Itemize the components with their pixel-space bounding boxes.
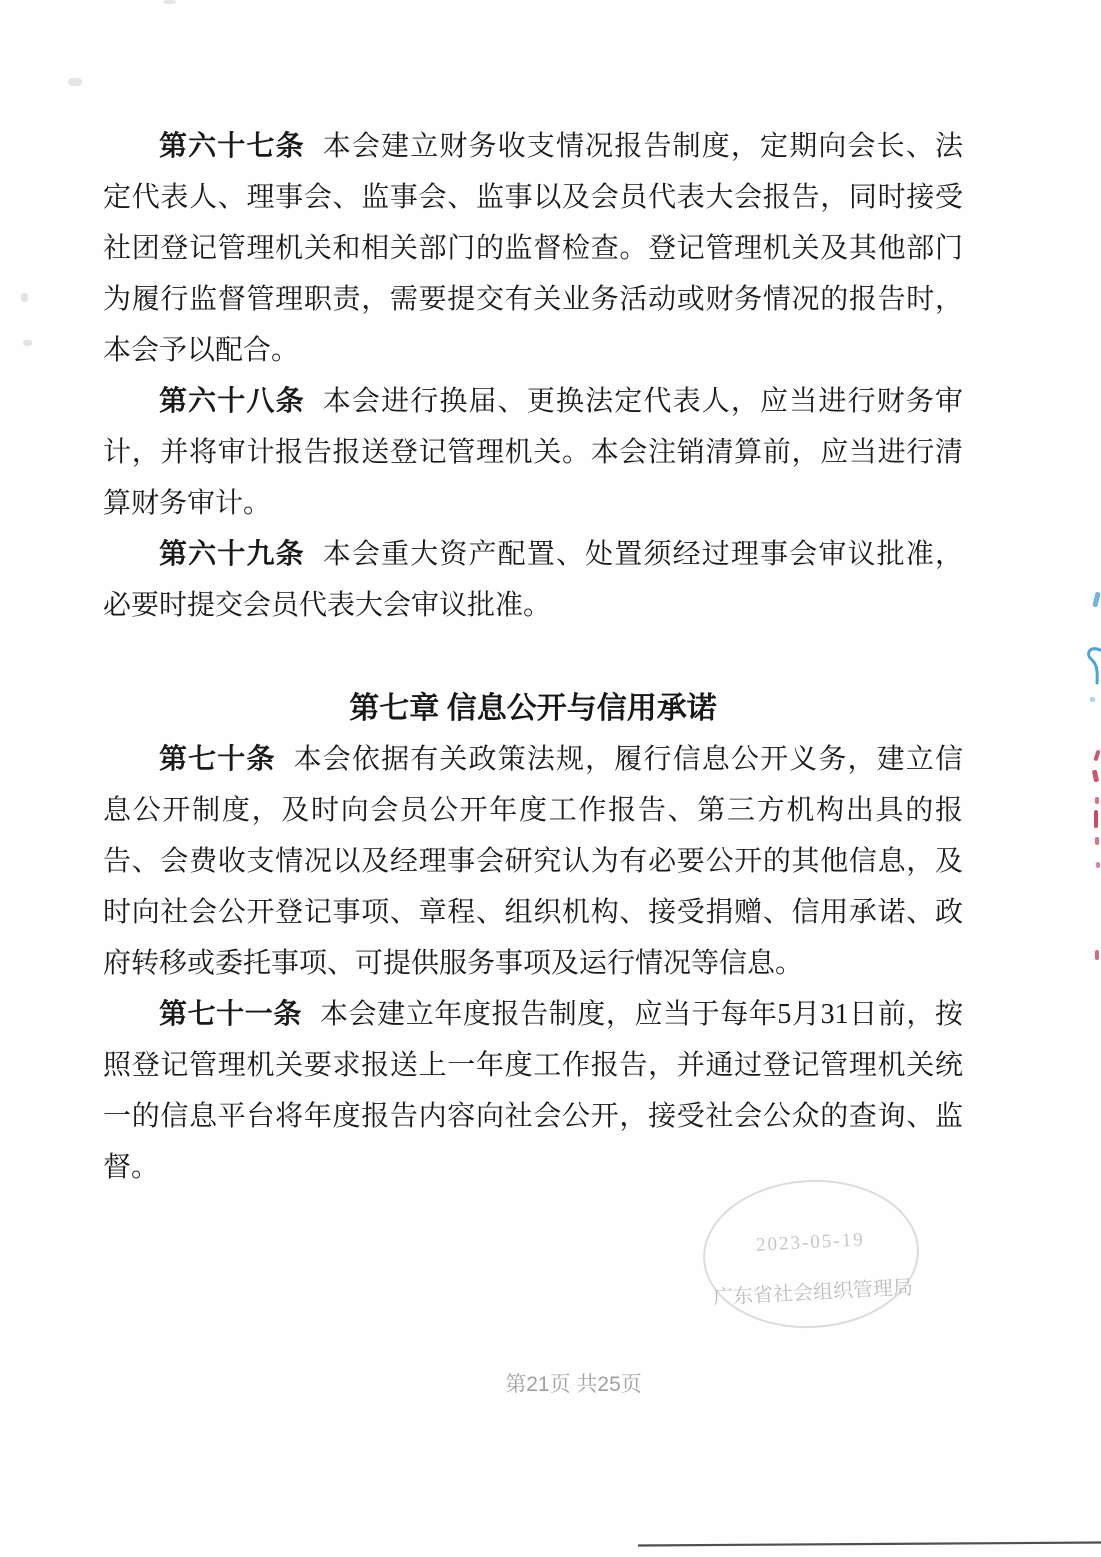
pen-mark-red: [1095, 797, 1099, 804]
scan-smudge: [163, 0, 176, 4]
article-line: 时向社会公开登记事项、章程、组织机构、接受捐赠、信用承诺、政: [103, 887, 963, 938]
article-line: 本会予以配合。: [103, 325, 963, 376]
article-line: 计，并将审计报告报送登记管理机关。本会注销清算前，应当进行清: [103, 427, 963, 478]
article-number: 第六十七条: [159, 131, 305, 162]
pen-mark-red: [1095, 950, 1099, 960]
pen-mark-red: [1094, 810, 1098, 828]
article-line: 息公开制度，及时向会员公开年度工作报告、第三方机构出具的报: [103, 785, 963, 836]
article-number: 第六十九条: [159, 539, 305, 570]
pen-mark-blue: [1092, 592, 1100, 608]
article-first-line: 第六十八条本会进行换届、更换法定代表人，应当进行财务审: [103, 376, 963, 427]
article-line: 为履行监督管理职责，需要提交有关业务活动或财务情况的报告时，: [103, 274, 963, 325]
article-line: 必要时提交会员代表大会审议批准。: [103, 580, 963, 631]
article-number: 第七十条: [159, 744, 276, 775]
article-line: 一的信息平台将年度报告内容向社会公开，接受社会公众的查询、监: [103, 1091, 963, 1142]
scan-smudge: [21, 293, 28, 302]
stamp-date: 2023-05-19: [704, 1226, 917, 1259]
article-first-line: 第六十九条本会重大资产配置、处置须经过理事会审议批准，: [103, 529, 963, 580]
article-line: 府转移或委托事项、可提供服务事项及运行情况等信息。: [103, 938, 963, 989]
pen-mark-red: [1093, 750, 1100, 762]
article-line: 告、会费收支情况以及经理事会研究认为有必要公开的其他信息，及: [103, 836, 963, 887]
scanned-document-page: 第六十七条本会建立财务收支情况报告制度，定期向会长、法定代表人、理事会、监事会、…: [0, 0, 1101, 1557]
approval-stamp: 2023-05-19 广东省社会组织管理局: [699, 1174, 922, 1333]
article-line: 定代表人、理事会、监事会、监事以及会员代表大会报告，同时接受: [103, 172, 963, 223]
pen-mark-red: [1095, 837, 1099, 845]
article-line: 社团登记管理机关和相关部门的监督检查。登记管理机关及其他部门: [103, 223, 963, 274]
article-first-line: 第七十条本会依据有关政策法规，履行信息公开义务，建立信: [103, 734, 963, 785]
pen-mark-red: [1092, 770, 1099, 783]
article-line: 照登记管理机关要求报送上一年度工作报告，并通过登记管理机关统: [103, 1040, 963, 1091]
scan-smudge: [68, 78, 82, 86]
article-line: 算财务审计。: [103, 478, 963, 529]
article-first-line: 第六十七条本会建立财务收支情况报告制度，定期向会长、法: [103, 121, 963, 172]
article-first-line: 第七十一条本会建立年度报告制度，应当于每年5月31日前，按: [103, 989, 963, 1040]
article-number: 第七十一条: [159, 999, 302, 1030]
page-number-footer: 第21页 共25页: [0, 1368, 1101, 1398]
scan-smudge: [23, 340, 32, 346]
document-body: 第六十七条本会建立财务收支情况报告制度，定期向会长、法定代表人、理事会、监事会、…: [103, 121, 963, 1193]
stamp-issuer: 广东省社会组织管理局: [696, 1270, 929, 1311]
article-number: 第六十八条: [159, 386, 305, 417]
pen-mark-red: [1096, 862, 1100, 868]
pen-mark-blue: [1090, 697, 1095, 702]
chapter-heading: 第七章 信息公开与信用承诺: [103, 683, 963, 734]
